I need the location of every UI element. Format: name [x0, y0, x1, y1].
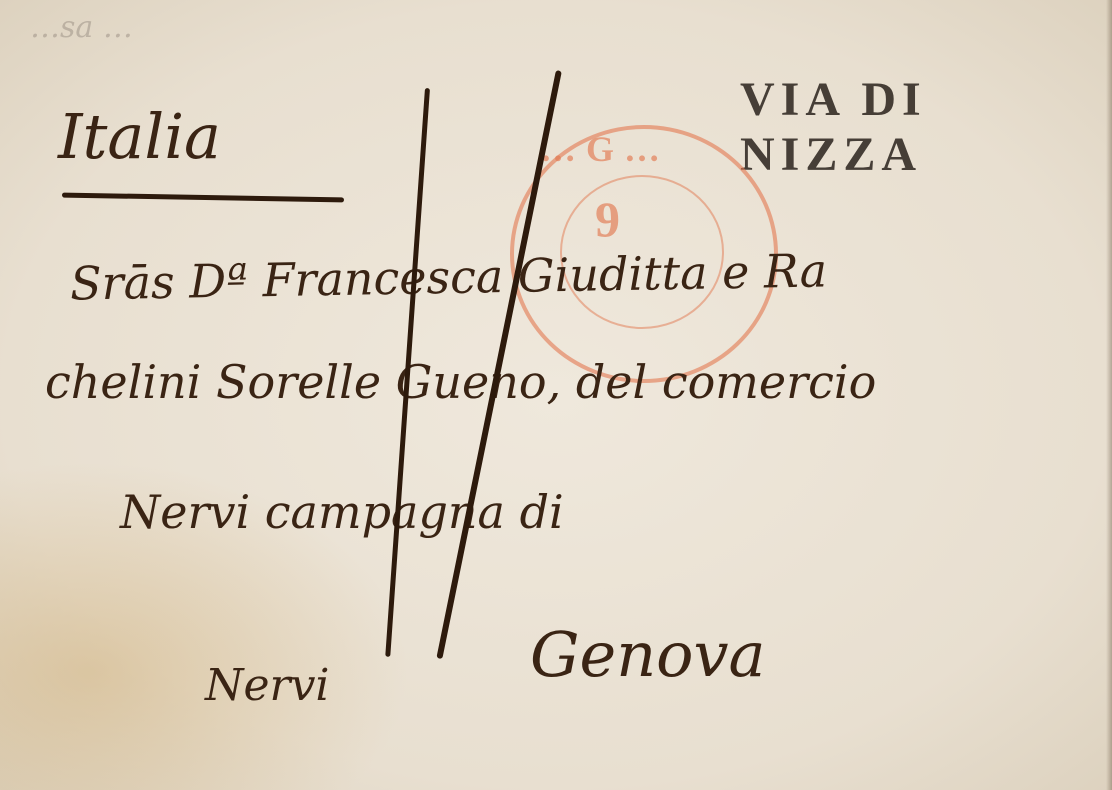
faint-top-text: …sa … — [30, 10, 133, 45]
address-line-2: chelini Sorelle Gueno, del comercio — [45, 355, 876, 409]
postmark-text: …G… — [540, 128, 670, 170]
via-nizza-handstamp: VIA DI NIZZA — [740, 72, 1112, 182]
postmark-date: 9 — [595, 190, 620, 248]
destination-country: Italia — [58, 100, 221, 173]
address-city: Genova — [530, 618, 765, 691]
town-note: Nervi — [205, 660, 330, 711]
letter-cover: …sa … Italia VIA DI NIZZA 9 …G… Srās Dª … — [0, 0, 1112, 790]
country-underline — [62, 193, 344, 203]
address-line-3: Nervi campagna di — [120, 485, 564, 539]
